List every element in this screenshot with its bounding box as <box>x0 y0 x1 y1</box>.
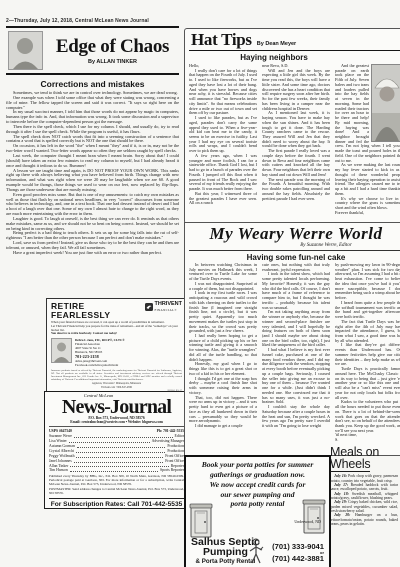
hat-tips-column: Hat Tips By Dean Meyer Haying neighbors … <box>184 28 400 224</box>
salhus-septic-ad: Book your porta potties for summer gathe… <box>184 455 331 567</box>
ad-footer: Appleton, Wisconsin • Minneapolis, Minne… <box>51 382 182 385</box>
postmaster-info: POSTMASTER: Send address changes to Cent… <box>49 488 184 496</box>
article-body: In between watching Christmas in July mo… <box>189 263 400 451</box>
allan-tinker-portrait <box>8 31 43 70</box>
masthead-contact: Email: centralmclean@westriv.com • Websi… <box>49 420 184 424</box>
article-headline: Haying neighbors <box>189 53 359 62</box>
thrivent-logo-icon <box>145 303 153 311</box>
meals-on-wheels-section: Meals on Wheels July 16: Pork chop with … <box>330 447 398 527</box>
subscription-line: For Subscription Rates: Call 701-442-553… <box>49 498 184 508</box>
text-column-2: cute ones, but nothing with that truly e… <box>262 263 330 451</box>
section-title: Meals on Wheels <box>330 447 398 472</box>
column-byline: By Dean Meyer <box>257 41 296 47</box>
masthead-box: Central McLean News-Journal P.O. Box 573… <box>44 391 189 509</box>
debra-jans-portrait <box>51 338 72 363</box>
masthead-title: News-Journal <box>49 399 184 416</box>
ad-phone-numbers: (701) 333-9041 or (701) 442-3881 <box>272 543 324 563</box>
column-title: Edge of Chaos <box>48 37 177 56</box>
text-column-1: In between watching Christmas in July mo… <box>189 263 257 451</box>
article-body: Hello,I really don't care for a lot of t… <box>189 64 400 216</box>
text-column-3: And the greatest parade on earth took pl… <box>335 64 400 216</box>
article-headline: Having some fun-nel cake <box>189 250 400 262</box>
contact-facebook: Facebook.com/debra.jans.thrivent <box>75 363 125 367</box>
column-byline: By ALLAN TINKER <box>48 59 177 65</box>
text-column-1: Hello,I really don't care for a lot of t… <box>189 64 257 216</box>
thrivent-ad: RETIRE FEARLESSLY THRIVENT FINANCIAL® Wh… <box>46 298 187 393</box>
article-headline: Corrections and mistakes <box>6 79 179 89</box>
dean-meyer-portrait <box>371 64 400 142</box>
ad-fine-print: Insurance products issued or offered by … <box>51 369 182 381</box>
masthead-phone: Ph: 701-442-5535 <box>157 429 184 433</box>
staff-list: Suzanne WerreEditorLisa WinterAdvertisin… <box>49 434 184 473</box>
staff-row: Tim HansonSports Reporter <box>49 468 184 473</box>
porta-potty-icon <box>302 499 326 535</box>
column-title: Hat Tips <box>191 31 252 48</box>
edge-of-chaos-column: Edge of Chaos By ALLAN TINKER Correction… <box>6 26 179 296</box>
ad-body-3: You deserve to retire fearlessly. Contac… <box>51 332 182 336</box>
edge-of-chaos-header: Edge of Chaos By ALLAN TINKER <box>6 26 179 75</box>
ad-headline: RETIRE FEARLESSLY <box>51 302 110 319</box>
masthead-usps: USPS #647540 <box>49 429 72 433</box>
page-header: 2—Thursday, July 12, 2018, Central McLea… <box>6 18 149 24</box>
text-column-3: by push-mowing my lawn in 90-degree weat… <box>335 263 400 451</box>
thrivent-logo: THRIVENT FINANCIAL® <box>145 302 183 312</box>
column-byline: By Suzanne Werre, Editor <box>249 243 400 248</box>
publish-info: Published every Thursday by BHG, Inc., P… <box>49 475 184 487</box>
text-column-2: near Reva, S.D.Will and Jen and the boys… <box>262 64 330 216</box>
ad-city: Underwood, ND <box>294 519 321 524</box>
weary-werre-column: My Weary Werre World By Suzanne Werre, E… <box>184 222 400 456</box>
plumber-cartoon-icon <box>248 538 264 564</box>
menu-list: July 16: Pork chop with gravy, parmesan … <box>330 474 398 526</box>
column-title: My Weary Werre World <box>189 225 400 242</box>
article-body: Sometimes, we tend to think we are in co… <box>6 91 179 296</box>
porta-potty-icon <box>189 503 213 539</box>
